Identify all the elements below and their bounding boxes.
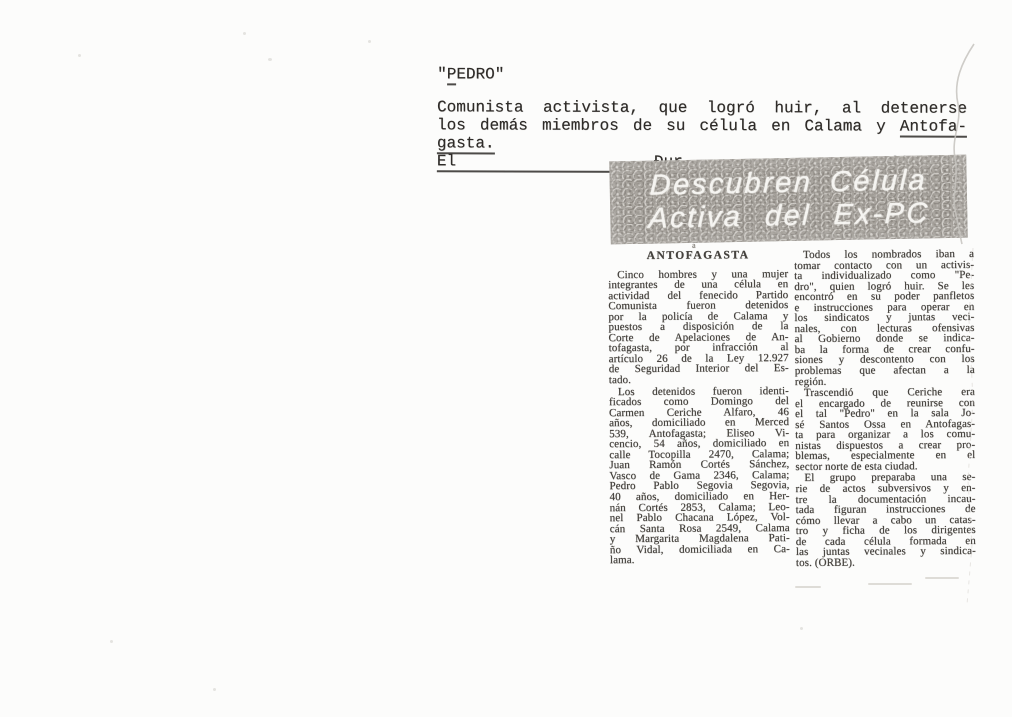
right-column: Todos los nombrados iban atomar contacto… — [794, 249, 976, 569]
clipping-columns: a ANTOFAGASTA Cinco hombres y una mujeri… — [608, 249, 978, 251]
typed-body-line-1: Comunista activista, que logró huir, al … — [437, 98, 967, 117]
scan-speck — [800, 627, 803, 630]
typed-body-line-2-underlined: Antofa- — [900, 118, 967, 138]
news-line: problemas que afectan a la — [795, 365, 975, 377]
news-paragraph: Todos los nombrados iban atomar contacto… — [794, 249, 975, 387]
scan-speck — [213, 688, 216, 691]
left-column: a ANTOFAGASTA Cinco hombres y una mujeri… — [608, 250, 790, 567]
typed-title-underlined-letter: P — [447, 65, 457, 85]
right-column-paragraphs: Todos los nombrados iban atomar contacto… — [794, 249, 976, 568]
news-paragraph: Trascendió que Ceriche erael encargado d… — [795, 387, 976, 472]
headline-line-1: Descubren Célula — [649, 164, 928, 202]
scan-speck — [368, 40, 371, 43]
dateline-subhead: a ANTOFAGASTA — [608, 250, 788, 262]
scan-speck — [78, 54, 81, 57]
smudge-mark: a — [692, 241, 696, 252]
newspaper-clipping: Descubren Célula Activa del Ex-PC a ANTO… — [600, 150, 982, 622]
headline-line-2: Activa del Ex-PC — [647, 197, 930, 235]
news-line: tos. (ORBE). — [796, 557, 976, 569]
clipping-headline-box: Descubren Célula Activa del Ex-PC — [609, 155, 968, 245]
typed-body-line-2-text: los demás miembros de su célula en Calam… — [437, 116, 900, 135]
typed-title-rest: EDRO" — [456, 65, 504, 83]
typed-title-open-quote: " — [437, 65, 447, 83]
news-line: ño Vidal, domiciliada en Ca- — [610, 544, 790, 556]
typed-body-line-2: los demás miembros de su célula en Calam… — [437, 116, 967, 135]
scan-speck — [243, 32, 246, 35]
left-column-paragraphs: Cinco hombres y una mujerintegrantes de … — [608, 269, 790, 566]
news-paragraph: Cinco hombres y una mujerintegrantes de … — [608, 269, 789, 386]
news-paragraph: El grupo preparaba una se-rie de actos s… — [795, 472, 976, 568]
news-line: lama. — [610, 554, 790, 566]
news-line: tado. — [609, 374, 789, 386]
scan-speck — [110, 640, 113, 643]
typed-title: "PEDRO" — [437, 65, 967, 84]
dateline-text: ANTOFAGASTA — [647, 249, 750, 262]
scanned-document-page: "PEDRO" Comunista activista, que logró h… — [0, 0, 1012, 717]
news-line: de Seguridad Interior del Es- — [609, 363, 789, 375]
scan-speck — [268, 58, 272, 61]
news-paragraph: Los detenidos fueron identi-ficados como… — [609, 386, 790, 566]
